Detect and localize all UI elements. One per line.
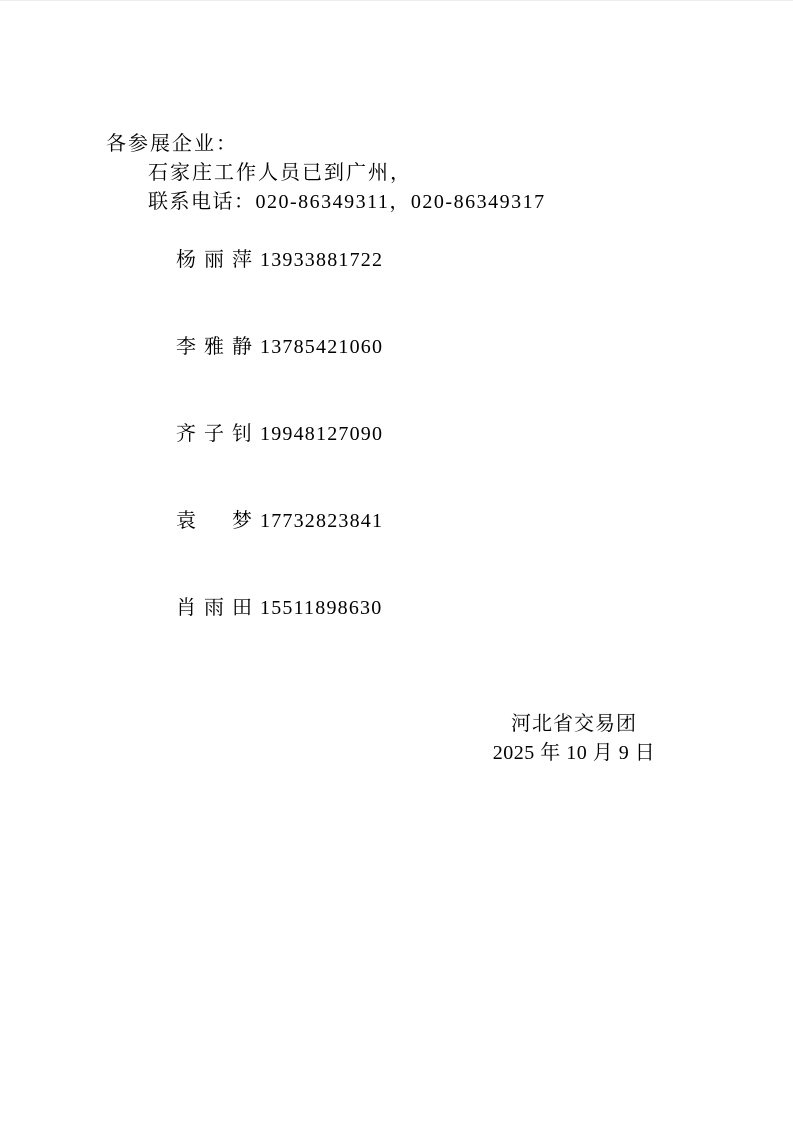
document-page: 各参展企业： 石家庄工作人员已到广州， 联系电话：020-86349311，02…: [0, 1, 793, 1122]
contact-phone: 13933881722: [260, 246, 383, 275]
contact-phone: 15511898630: [260, 594, 382, 623]
contact-row: 杨丽萍13933881722: [146, 217, 793, 304]
contact-name: 齐子钊: [176, 420, 252, 449]
contact-phone: 13785421060: [260, 333, 383, 362]
contact-phone: 17732823841: [260, 507, 383, 536]
contact-name: 李雅静: [176, 333, 252, 362]
document-content: 各参展企业： 石家庄工作人员已到广州， 联系电话：020-86349311，02…: [106, 130, 793, 768]
contact-row: 肖雨田15511898630: [146, 565, 793, 652]
contact-row: 袁梦17732823841: [146, 478, 793, 565]
contact-name: 杨丽萍: [176, 246, 252, 275]
signature-block: 河北省交易团 2025 年 10 月 9 日: [424, 710, 724, 768]
signature-organization: 河北省交易团: [424, 710, 724, 739]
contact-name: 肖雨田: [176, 594, 252, 623]
contact-phone: 19948127090: [260, 420, 383, 449]
salutation-line: 各参展企业：: [106, 130, 793, 159]
contact-row: 李雅静13785421060: [146, 304, 793, 391]
body-line-arrival: 石家庄工作人员已到广州，: [148, 159, 793, 188]
contact-row: 齐子钊19948127090: [146, 391, 793, 478]
contact-name: 袁梦: [176, 507, 252, 536]
body-line-contact-phones: 联系电话：020-86349311，020-86349317: [148, 188, 793, 217]
signature-date: 2025 年 10 月 9 日: [424, 739, 724, 768]
